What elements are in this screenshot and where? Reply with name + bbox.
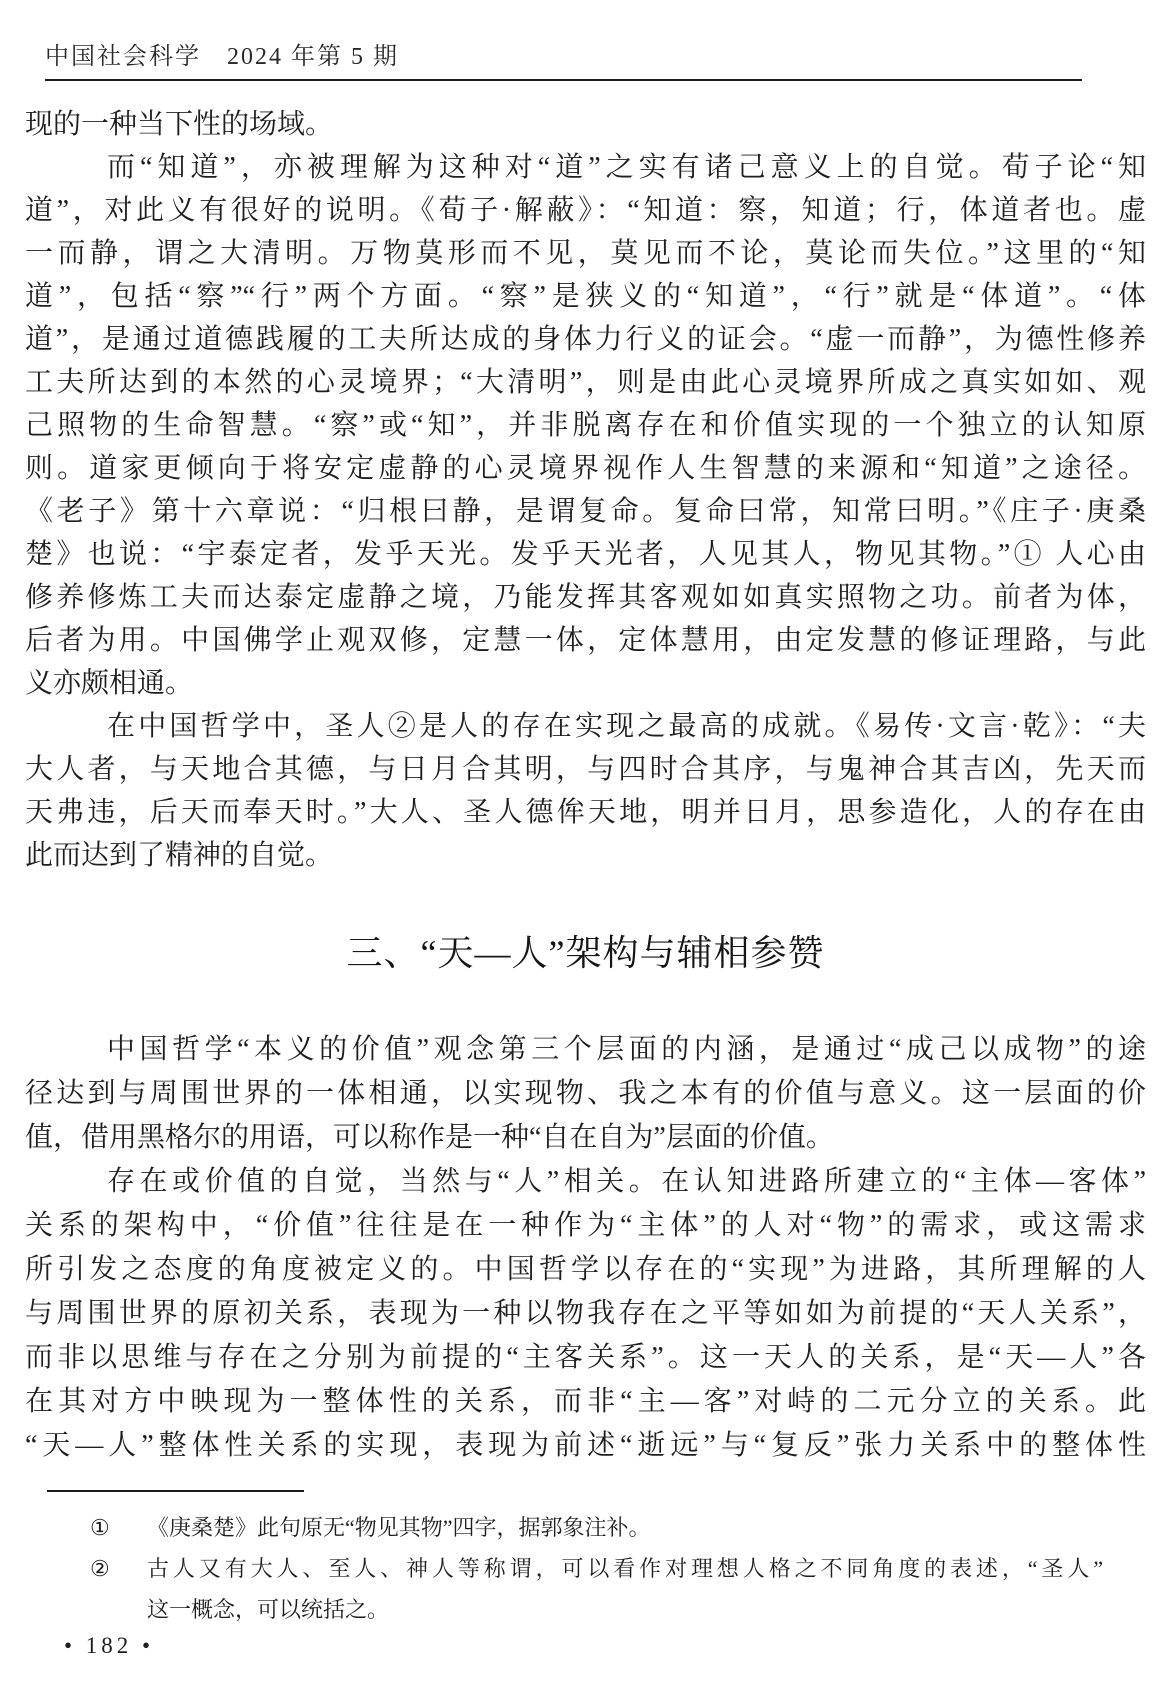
text-line: 而“知道”，亦被理解为这种对“道”之实有诸己意义上的自觉。荀子论“知: [25, 146, 1146, 189]
running-header: 中国社会科学2024 年第 5 期: [45, 42, 399, 72]
footnote-line: 《庚桑楚》此句原无“物见其物”四字，据郭象注补。: [147, 1507, 1103, 1548]
text-line: 中国哲学“本义的价值”观念第三个层面的内涵，是通过“成己以成物”的途: [25, 1028, 1146, 1072]
footnote-text: 《庚桑楚》此句原无“物见其物”四字，据郭象注补。: [147, 1507, 1103, 1548]
text-line: 一而静，谓之大清明。万物莫形而不见，莫见而不论，莫论而失位。”这里的“知: [25, 232, 1146, 275]
text-line: 径达到与周围世界的一体相通，以实现物、我之本有的价值与意义。这一层面的价: [25, 1072, 1146, 1116]
journal-title: 中国社会科学: [45, 44, 201, 70]
footnote-marker: ②: [90, 1548, 147, 1589]
text-line: 则。道家更倾向于将安定虚静的心灵境界视作人生智慧的来源和“知道”之途径。: [25, 447, 1146, 490]
text-line: 大人者，与天地合其德，与日月合其明，与四时合其序，与鬼神合其吉凶，先天而: [25, 748, 1146, 791]
text-line: 存在或价值的自觉，当然与“人”相关。在认知进路所建立的“主体—客体”: [25, 1160, 1146, 1204]
text-line: 义亦颇相通。: [25, 662, 1146, 705]
text-line: 修养修炼工夫而达泰定虚静之境，乃能发挥其客观如如真实照物之功。前者为体，: [25, 576, 1146, 619]
text-line: 道”，是通过道德践履的工夫所达成的身体力行义的证会。“虚一而静”，为德性修养: [25, 318, 1146, 361]
footnotes: ①《庚桑楚》此句原无“物见其物”四字，据郭象注补。②古人又有大人、至人、神人等称…: [90, 1507, 1103, 1630]
text-line: 关系的架构中，“价值”往往是在一种作为“主体”的人对“物”的需求，或这需求: [25, 1204, 1146, 1248]
text-line: 工夫所达到的本然的心灵境界；“大清明”，则是由此心灵境界所成之真实如如、观: [25, 361, 1146, 404]
section-heading: 三、“天—人”架构与辅相参赞: [25, 928, 1146, 978]
page-number: • 182 •: [64, 1632, 154, 1660]
footnote-rule: [47, 1490, 304, 1492]
text-line: 后者为用。中国佛学止观双修，定慧一体，定体慧用，由定发慧的修证理路，与此: [25, 619, 1146, 662]
text-line: 《老子》第十六章说：“归根曰静，是谓复命。复命曰常，知常曰明。”《庄子·庚桑: [25, 490, 1146, 533]
text-line: 己照物的生命智慧。“察”或“知”，并非脱离存在和价值实现的一个独立的认知原: [25, 404, 1146, 447]
text-line: 楚》也说：“宇泰定者，发乎天光。发乎天光者，人见其人，物见其物。”① 人心由: [25, 533, 1146, 576]
text-line: 值，借用黑格尔的用语，可以称作是一种“自在自为”层面的价值。: [25, 1116, 1146, 1160]
text-line: 天弗违，后天而奉天时。”大人、圣人德侔天地，明并日月，思参造化，人的存在由: [25, 791, 1146, 834]
body-text-block-1: 现的一种当下性的场域。而“知道”，亦被理解为这种对“道”之实有诸己意义上的自觉。…: [25, 103, 1146, 877]
text-line: 在中国哲学中，圣人②是人的存在实现之最高的成就。《易传·文言·乾》：“夫: [25, 705, 1146, 748]
text-line: 道”，包括“察”“行”两个方面。“察”是狭义的“知道”，“行”就是“体道”。“体: [25, 275, 1146, 318]
text-line: 与周围世界的原初关系，表现为一种以物我存在之平等如如为前提的“天人关系”，: [25, 1292, 1146, 1336]
footnote: ①《庚桑楚》此句原无“物见其物”四字，据郭象注补。: [90, 1507, 1103, 1548]
footnote-marker: ①: [90, 1507, 147, 1548]
body-text-block-2: 中国哲学“本义的价值”观念第三个层面的内涵，是通过“成己以成物”的途径达到与周围…: [25, 1028, 1146, 1468]
footnote: ②古人又有大人、至人、神人等称谓，可以看作对理想人格之不同角度的表述，“圣人”这…: [90, 1548, 1103, 1630]
text-line: 所引发之态度的角度被定义的。中国哲学以存在的“实现”为进路，其所理解的人: [25, 1248, 1146, 1292]
text-line: “天—人”整体性关系的实现，表现为前述“逝远”与“复反”张力关系中的整体性: [25, 1424, 1146, 1468]
footnote-text: 古人又有大人、至人、神人等称谓，可以看作对理想人格之不同角度的表述，“圣人”这一…: [147, 1548, 1103, 1630]
header-rule: [45, 79, 1082, 81]
text-line: 道”，对此义有很好的说明。《荀子·解蔽》：“知道：察，知道；行，体道者也。虚: [25, 189, 1146, 232]
footnote-line: 这一概念，可以统括之。: [147, 1589, 1103, 1630]
footnote-line: 古人又有大人、至人、神人等称谓，可以看作对理想人格之不同角度的表述，“圣人”: [147, 1548, 1103, 1589]
text-line: 此而达到了精神的自觉。: [25, 834, 1146, 877]
text-line: 现的一种当下性的场域。: [25, 103, 1146, 146]
text-line: 而非以思维与存在之分别为前提的“主客关系”。这一天人的关系，是“天—人”各: [25, 1336, 1146, 1380]
text-line: 在其对方中映现为一整体性的关系，而非“主—客”对峙的二元分立的关系。此: [25, 1380, 1146, 1424]
journal-page: 中国社会科学2024 年第 5 期 现的一种当下性的场域。而“知道”，亦被理解为…: [0, 0, 1170, 1684]
issue-label: 2024 年第 5 期: [227, 44, 399, 70]
